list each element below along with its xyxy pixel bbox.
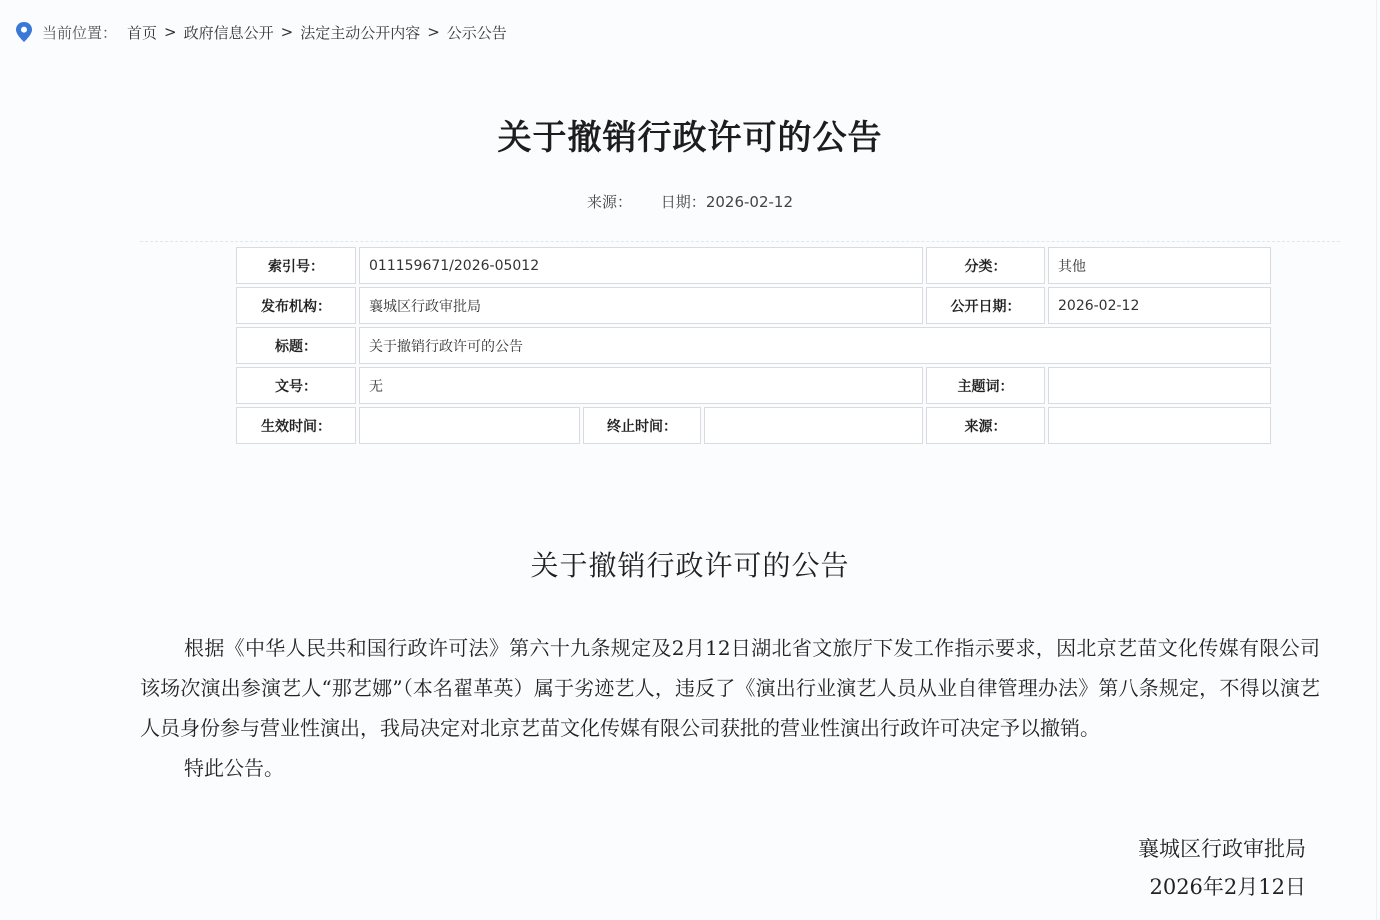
doc-no-label: 文号： [236, 367, 356, 404]
source-label-cell: 来源： [926, 407, 1045, 444]
body-closing: 特此公告。 [140, 748, 1320, 788]
signature-block: 襄城区行政审批局 2026年2月12日 [1138, 830, 1306, 906]
breadcrumb-label: 当前位置： [42, 22, 117, 43]
end-time-label: 终止时间： [583, 407, 701, 444]
effective-time-value [359, 407, 580, 444]
publish-date-value: 2026-02-12 [1048, 287, 1271, 324]
keywords-label: 主题词： [926, 367, 1045, 404]
signature-org: 襄城区行政审批局 [1138, 830, 1306, 868]
publisher-value: 襄城区行政审批局 [359, 287, 923, 324]
publish-date-label: 公开日期： [926, 287, 1045, 324]
table-row: 发布机构： 襄城区行政审批局 公开日期： 2026-02-12 [236, 287, 1271, 324]
doc-no-value: 无 [359, 367, 923, 404]
source-label: 来源： [587, 193, 632, 211]
index-no-label: 索引号： [236, 247, 356, 284]
table-row: 标题： 关于撤销行政许可的公告 [236, 327, 1271, 364]
effective-time-label: 生效时间： [236, 407, 356, 444]
table-row: 生效时间： 终止时间： 来源： [236, 407, 1271, 444]
index-no-value: 011159671/2026-05012 [359, 247, 923, 284]
breadcrumb-separator: > [427, 23, 440, 41]
end-time-value [704, 407, 923, 444]
document-heading: 关于撤销行政许可的公告 [0, 544, 1380, 584]
date-value: 2026-02-12 [706, 193, 793, 211]
breadcrumb-statutory-content[interactable]: 法定主动公开内容 [300, 22, 420, 43]
table-row: 文号： 无 主题词： [236, 367, 1271, 404]
keywords-value [1048, 367, 1271, 404]
breadcrumb: 当前位置： 首页 > 政府信息公开 > 法定主动公开内容 > 公示公告 [14, 20, 507, 44]
breadcrumb-separator: > [164, 23, 177, 41]
meta-line: 来源： 日期：2026-02-12 [0, 191, 1380, 212]
category-value: 其他 [1048, 247, 1271, 284]
info-table: 索引号： 011159671/2026-05012 分类： 其他 发布机构： 襄… [233, 244, 1274, 447]
table-row: 索引号： 011159671/2026-05012 分类： 其他 [236, 247, 1271, 284]
page-title: 关于撤销行政许可的公告 [0, 110, 1380, 159]
title-label: 标题： [236, 327, 356, 364]
dashed-divider [140, 241, 1340, 242]
breadcrumb-separator: > [281, 23, 294, 41]
source-value-cell [1048, 407, 1271, 444]
location-pin-icon [14, 21, 34, 43]
category-label: 分类： [926, 247, 1045, 284]
breadcrumb-gov-info[interactable]: 政府信息公开 [184, 22, 274, 43]
body-paragraph: 根据《中华人民共和国行政许可法》第六十九条规定及2月12日湖北省文旅厅下发工作指… [140, 628, 1320, 748]
publisher-label: 发布机构： [236, 287, 356, 324]
breadcrumb-notices[interactable]: 公示公告 [447, 22, 507, 43]
document-body: 根据《中华人民共和国行政许可法》第六十九条规定及2月12日湖北省文旅厅下发工作指… [140, 628, 1320, 788]
breadcrumb-home[interactable]: 首页 [127, 22, 157, 43]
title-value: 关于撤销行政许可的公告 [359, 327, 1271, 364]
date-label: 日期： [661, 193, 706, 211]
signature-date: 2026年2月12日 [1138, 868, 1306, 906]
